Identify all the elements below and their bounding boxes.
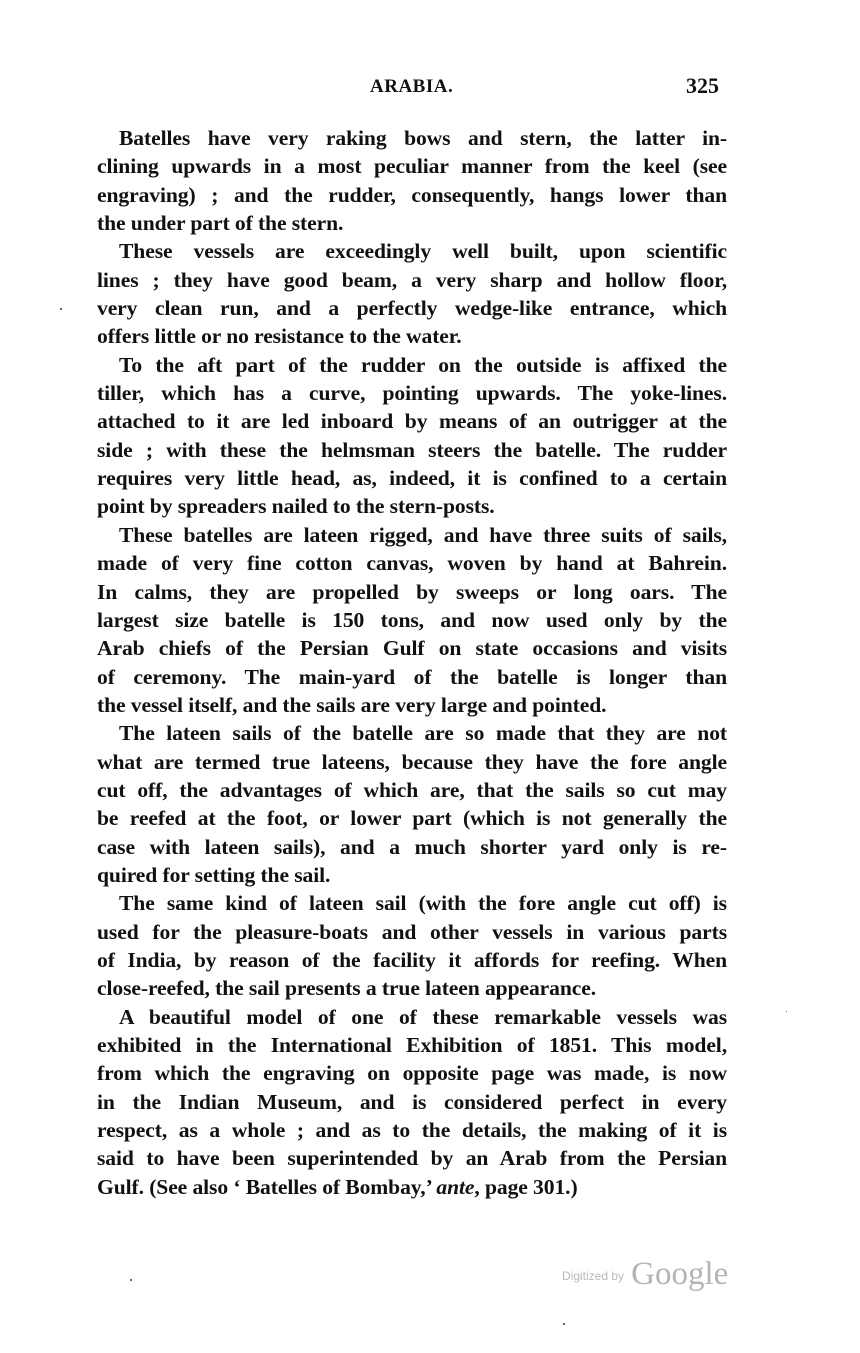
text-line: close-reefed, the sail presents a true l…	[97, 974, 727, 1002]
text-line: the vessel itself, and the sails are ver…	[97, 691, 727, 719]
paragraph: The lateen sails of the batelle are so m…	[97, 719, 727, 889]
text-line: The same kind of lateen sail (with the f…	[97, 889, 727, 917]
text-line: These vessels are exceedingly well built…	[97, 237, 727, 265]
text-line: made of very fine cotton canvas, woven b…	[97, 549, 727, 577]
text-line: the under part of the stern.	[97, 209, 727, 237]
paragraph: A beautiful model of one of these remark…	[97, 1003, 727, 1201]
text-line: in the Indian Museum, and is considered …	[97, 1088, 727, 1116]
scan-speck	[786, 1011, 787, 1012]
text-line: attached to it are led inboard by means …	[97, 407, 727, 435]
text-line: largest size batelle is 150 tons, and no…	[97, 606, 727, 634]
body-text: Batelles have very raking bows and stern…	[97, 124, 727, 1201]
running-title: ARABIA.	[370, 76, 453, 98]
scan-speck	[60, 308, 62, 310]
running-head: ARABIA. 325	[0, 76, 860, 104]
text-line: what are termed true lateens, because th…	[97, 748, 727, 776]
digitized-watermark: Digitized by Google	[562, 1256, 728, 1293]
text-line: To the aft part of the rudder on the out…	[97, 351, 727, 379]
text-line: clining upwards in a most peculiar manne…	[97, 152, 727, 180]
text-line-final: Gulf. (See also ‘ Batelles of Bombay,’ a…	[97, 1173, 727, 1201]
text-line: be reefed at the foot, or lower part (wh…	[97, 804, 727, 832]
text-line: quired for setting the sail.	[97, 861, 727, 889]
text-line: In calms, they are propelled by sweeps o…	[97, 578, 727, 606]
text-line: Batelles have very raking bows and stern…	[97, 124, 727, 152]
text-line: from which the engraving on opposite pag…	[97, 1059, 727, 1087]
watermark-prefix: Digitized by	[562, 1269, 624, 1283]
text-line: A beautiful model of one of these remark…	[97, 1003, 727, 1031]
text-fragment: Gulf. (See also ‘ Batelles of Bombay,’	[97, 1175, 436, 1199]
text-line: used for the pleasure-boats and other ve…	[97, 918, 727, 946]
text-line: requires very little head, as, indeed, i…	[97, 464, 727, 492]
paragraph: These batelles are lateen rigged, and ha…	[97, 521, 727, 719]
text-fragment: , page 301.)	[474, 1175, 577, 1199]
text-line: point by spreaders nailed to the stern-p…	[97, 492, 727, 520]
paragraph: These vessels are exceedingly well built…	[97, 237, 727, 350]
text-line: of ceremony. The main-yard of the batell…	[97, 663, 727, 691]
text-line: said to have been superintended by an Ar…	[97, 1144, 727, 1172]
text-line: Arab chiefs of the Persian Gulf on state…	[97, 634, 727, 662]
scan-speck	[130, 1279, 132, 1281]
paragraph: To the aft part of the rudder on the out…	[97, 351, 727, 521]
text-line: case with lateen sails), and a much shor…	[97, 833, 727, 861]
text-line: The lateen sails of the batelle are so m…	[97, 719, 727, 747]
paragraph: The same kind of lateen sail (with the f…	[97, 889, 727, 1002]
paragraph: Batelles have very raking bows and stern…	[97, 124, 727, 237]
text-line: offers little or no resistance to the wa…	[97, 322, 727, 350]
google-logo: Google	[631, 1256, 728, 1292]
text-line: side ; with these the helmsman steers th…	[97, 436, 727, 464]
text-line: These batelles are lateen rigged, and ha…	[97, 521, 727, 549]
text-line: respect, as a whole ; and as to the deta…	[97, 1116, 727, 1144]
text-line: exhibited in the International Exhibitio…	[97, 1031, 727, 1059]
text-line: tiller, which has a curve, pointing upwa…	[97, 379, 727, 407]
scan-speck	[563, 1323, 565, 1325]
text-line: very clean run, and a perfectly wedge-li…	[97, 294, 727, 322]
text-line: lines ; they have good beam, a very shar…	[97, 266, 727, 294]
italic-text: ante	[436, 1175, 474, 1199]
text-line: of India, by reason of the facility it a…	[97, 946, 727, 974]
text-line: engraving) ; and the rudder, consequentl…	[97, 181, 727, 209]
text-line: cut off, the advantages of which are, th…	[97, 776, 727, 804]
page-number: 325	[686, 73, 719, 99]
book-page: ARABIA. 325 Batelles have very raking bo…	[0, 0, 860, 1353]
